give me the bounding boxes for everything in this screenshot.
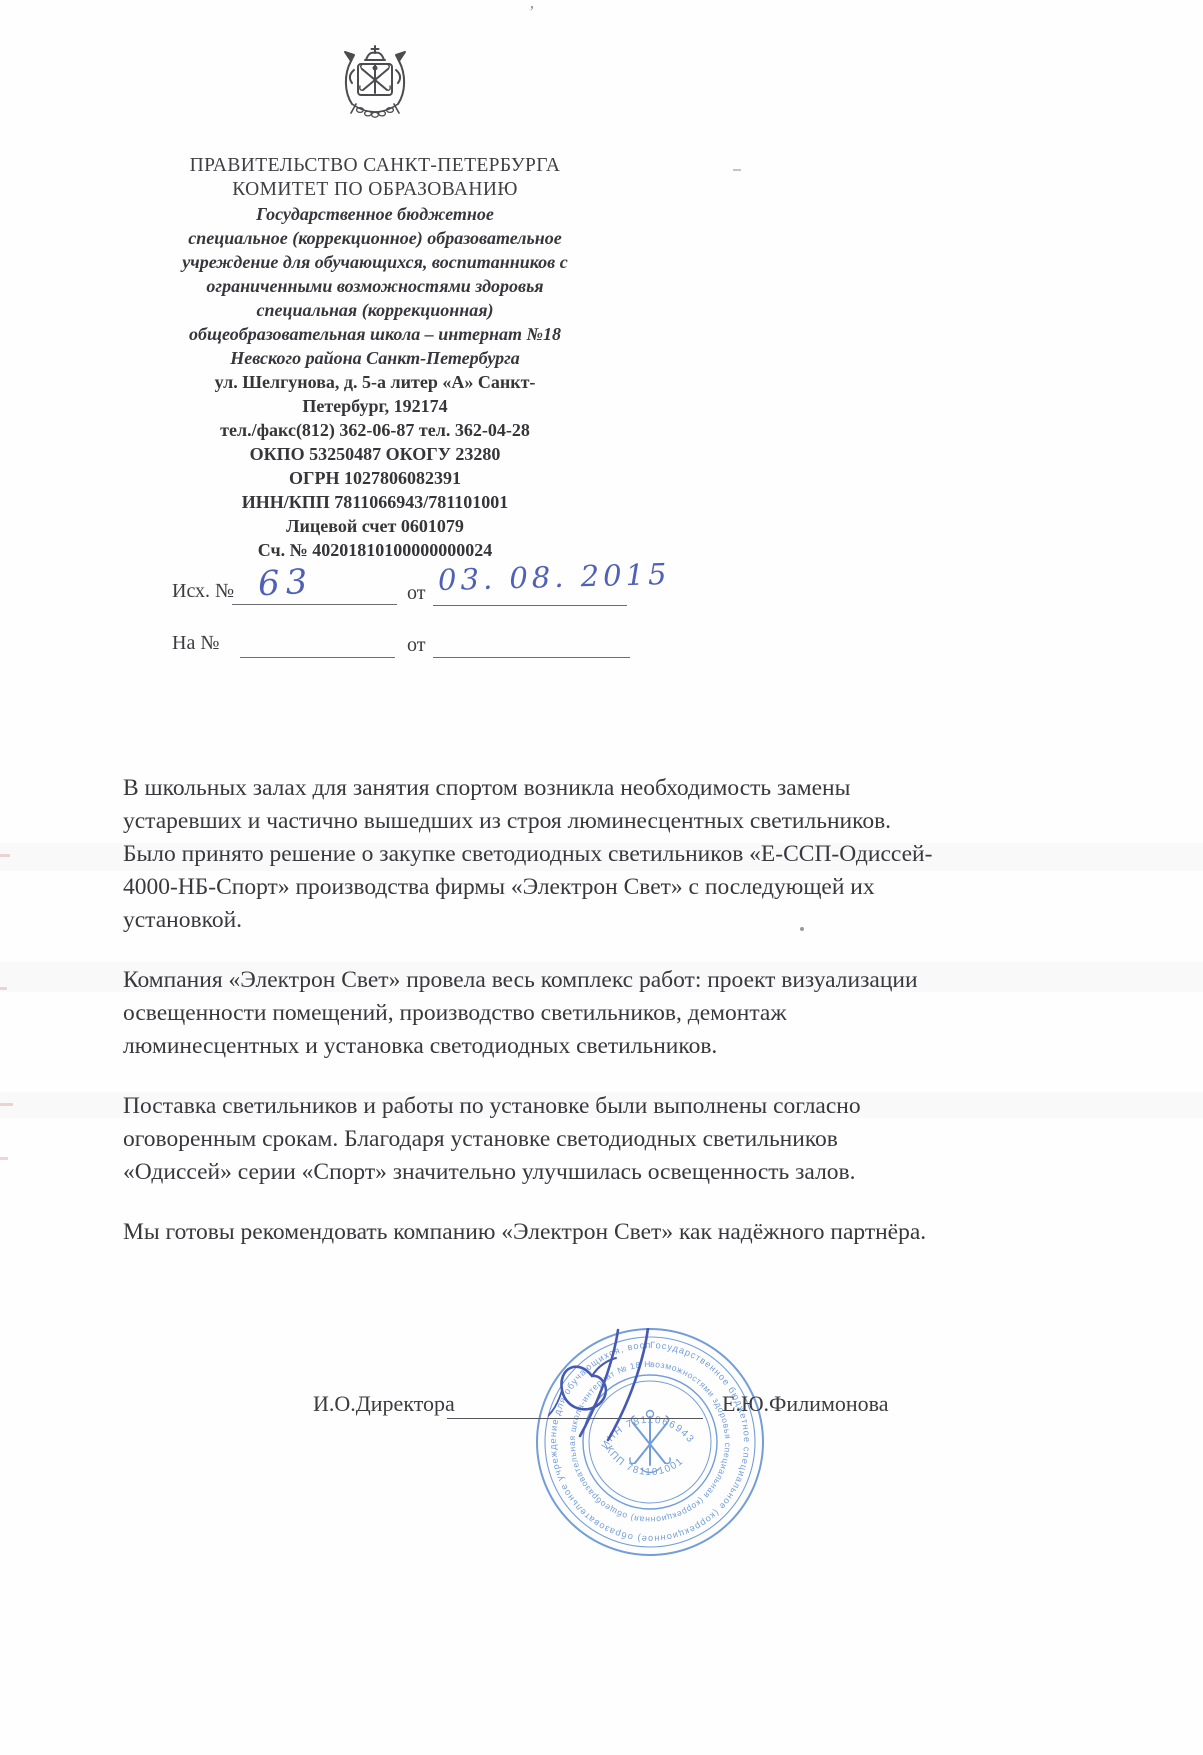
outgoing-number-label: Исх. № bbox=[172, 580, 234, 603]
org-address-line: ул. Шелгунова, д. 5-а литер «А» Санкт- bbox=[150, 370, 600, 394]
body-line: Мы готовы рекомендовать компанию «Электр… bbox=[123, 1216, 1023, 1249]
body-line: устаревших и частично вышедших из строя … bbox=[123, 805, 1023, 838]
incoming-number-label: На № bbox=[172, 632, 219, 655]
saint-petersburg-coat-of-arms bbox=[330, 44, 420, 128]
letter-body: В школьных залах для занятия спортом воз… bbox=[123, 772, 1023, 1276]
org-government-line: ПРАВИТЕЛЬСТВО САНКТ-ПЕТЕРБУРГА bbox=[150, 154, 600, 178]
org-name-line: специальная (коррекционная) bbox=[150, 298, 600, 322]
scan-edge-mark bbox=[0, 854, 10, 857]
org-phone-line: тел./факс(812) 362-06-87 тел. 362-04-28 bbox=[150, 418, 600, 442]
org-ogrn-line: ОГРН 1027806082391 bbox=[150, 466, 600, 490]
signer-name-label: Е.Ю.Филимонова bbox=[722, 1391, 889, 1417]
paragraph: Компания «Электрон Свет» провела весь ко… bbox=[123, 964, 1023, 1063]
paragraph: Мы готовы рекомендовать компанию «Электр… bbox=[123, 1216, 1023, 1249]
org-bank-account-line: Сч. № 40201810100000000024 bbox=[150, 538, 600, 562]
incoming-number-blank-line bbox=[240, 657, 395, 658]
paragraph: В школьных залах для занятия спортом воз… bbox=[123, 772, 1023, 937]
outgoing-from-label: от bbox=[407, 582, 425, 605]
body-line: В школьных залах для занятия спортом воз… bbox=[123, 772, 1023, 805]
body-line: оговоренным срокам. Благодаря установке … bbox=[123, 1123, 1023, 1156]
scan-speck: ’ bbox=[529, 2, 535, 22]
body-line: установкой. bbox=[123, 904, 1023, 937]
body-line: Было принято решение о закупке светодиод… bbox=[123, 838, 1023, 871]
letterhead-block: ПРАВИТЕЛЬСТВО САНКТ-ПЕТЕРБУРГА КОМИТЕТ П… bbox=[150, 154, 600, 562]
org-name-line: ограниченными возможностями здоровья bbox=[150, 274, 600, 298]
body-line: освещенности помещений, производство све… bbox=[123, 997, 1023, 1030]
body-line: «Одиссей» серии «Спорт» значительно улуч… bbox=[123, 1156, 1023, 1189]
org-committee-line: КОМИТЕТ ПО ОБРАЗОВАНИЮ bbox=[150, 178, 600, 202]
org-address-line: Петербург, 192174 bbox=[150, 394, 600, 418]
outgoing-number-blank-line bbox=[232, 604, 397, 605]
body-line: люминесцентных и установка светодиодных … bbox=[123, 1030, 1023, 1063]
org-name-line: специальное (коррекционное) образователь… bbox=[150, 226, 600, 250]
body-line: Поставка светильников и работы по устано… bbox=[123, 1090, 1023, 1123]
outgoing-date-blank-line bbox=[433, 605, 627, 606]
outgoing-number-handwritten: 63 bbox=[257, 562, 314, 605]
body-line: Компания «Электрон Свет» провела весь ко… bbox=[123, 964, 1023, 997]
scan-speck bbox=[733, 169, 741, 171]
paragraph: Поставка светильников и работы по устано… bbox=[123, 1090, 1023, 1189]
scan-edge-mark bbox=[0, 987, 7, 990]
org-district-line: Невского района Санкт-Петербурга bbox=[150, 346, 600, 370]
signer-role-label: И.О.Директора bbox=[313, 1391, 455, 1417]
org-name-line: учреждение для обучающихся, воспитаннико… bbox=[150, 250, 600, 274]
scan-edge-mark bbox=[0, 1157, 8, 1160]
scan-edge-mark bbox=[0, 1103, 13, 1106]
org-name-line: Государственное бюджетное bbox=[150, 202, 600, 226]
org-inn-kpp-line: ИНН/КПП 7811066943/781101001 bbox=[150, 490, 600, 514]
org-account-line: Лицевой счет 0601079 bbox=[150, 514, 600, 538]
org-okpo-okogu-line: ОКПО 53250487 ОКОГУ 23280 bbox=[150, 442, 600, 466]
director-signature-handwriting bbox=[548, 1328, 698, 1450]
scanned-letter-page: ’ ПРАВИТЕЛЬСТВО САНКТ-П bbox=[0, 0, 1203, 1755]
outgoing-date-handwritten: 03. 08. 2015 bbox=[438, 557, 671, 597]
org-name-line: общеобразовательная школа – интернат №18 bbox=[150, 322, 600, 346]
body-line: 4000-НБ-Спорт» производства фирмы «Элект… bbox=[123, 871, 1023, 904]
incoming-date-blank-line bbox=[433, 657, 630, 658]
incoming-from-label: от bbox=[407, 634, 425, 657]
